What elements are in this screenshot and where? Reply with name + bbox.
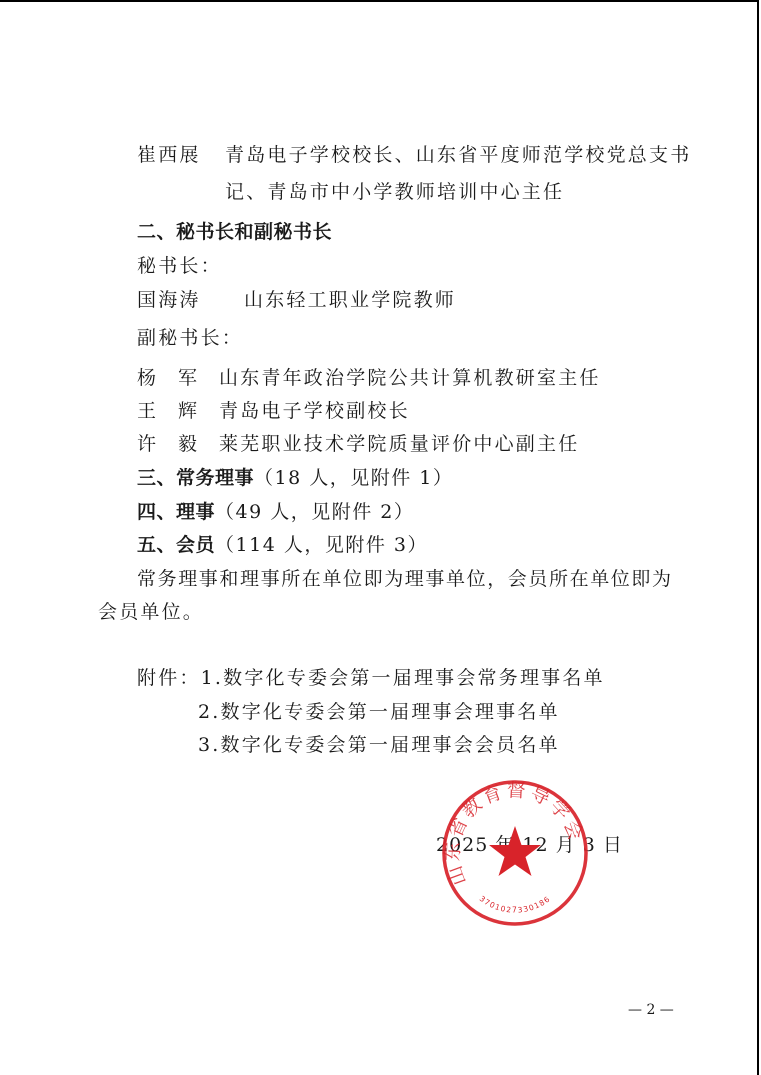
- section-note: （49 人，见附件 2）: [215, 501, 414, 523]
- section-heading-text: 三、常务理事: [137, 467, 254, 489]
- secretary-general-entry: 国海涛山东轻工职业学院教师: [137, 288, 456, 312]
- section-heading-text: 五、会员: [137, 534, 215, 556]
- deputy-secretary-label: 副秘书长：: [137, 326, 243, 350]
- deputy-entry: 杨军山东青年政治学院公共计算机教研室主任: [137, 366, 601, 390]
- member-name-part: 许: [137, 432, 178, 456]
- seal-serial: 3701027330186: [478, 894, 552, 915]
- member-title: 莱芜职业技术学院质量评价中心副主任: [219, 433, 579, 455]
- member-name-part: 王: [137, 399, 178, 423]
- section-heading-text: 四、理事: [137, 501, 215, 523]
- member-title: 青岛电子学校校长、山东省平度师范学校党总支书: [225, 144, 691, 166]
- member-name-part: 辉: [178, 399, 219, 423]
- member-name-part: 毅: [178, 432, 219, 456]
- page-number: — 2 —: [628, 1000, 674, 1020]
- member-name: 国海涛: [137, 288, 244, 312]
- member-title: 山东轻工职业学院教师: [244, 289, 456, 311]
- deputy-entry: 王辉青岛电子学校副校长: [137, 399, 410, 423]
- attachment-line: 附件：1.数字化专委会第一届理事会常务理事名单: [137, 666, 605, 690]
- body-paragraph-line: 常务理事和理事所在单位即为理事单位，会员所在单位即为: [137, 567, 673, 591]
- attachment-item: 2.数字化专委会第一届理事会理事名单: [198, 700, 560, 724]
- section-heading: 二、秘书长和副秘书长: [137, 220, 332, 244]
- document-page: 崔西展青岛电子学校校长、山东省平度师范学校党总支书 记、青岛市中小学教师培训中心…: [0, 0, 759, 1075]
- section-heading-standing-directors: 三、常务理事（18 人，见附件 1）: [137, 466, 453, 490]
- member-title-continued: 记、青岛市中小学教师培训中心主任: [225, 180, 564, 204]
- deputy-entry: 许毅莱芜职业技术学院质量评价中心副主任: [137, 432, 579, 456]
- member-title: 青岛电子学校副校长: [219, 400, 410, 422]
- attachment-item: 1.数字化专委会第一届理事会常务理事名单: [201, 667, 605, 689]
- member-entry: 崔西展青岛电子学校校长、山东省平度师范学校党总支书: [137, 143, 691, 167]
- section-heading-members: 五、会员（114 人，见附件 3）: [137, 533, 428, 557]
- body-paragraph-line: 会员单位。: [98, 600, 204, 624]
- member-name-part: 杨: [137, 366, 178, 390]
- member-title: 山东青年政治学院公共计算机教研室主任: [219, 367, 601, 389]
- svg-text:3701027330186: 3701027330186: [478, 894, 552, 915]
- section-heading-directors: 四、理事（49 人，见附件 2）: [137, 500, 414, 524]
- attachment-item: 3.数字化专委会第一届理事会会员名单: [198, 733, 560, 757]
- section-note: （114 人，见附件 3）: [215, 534, 428, 556]
- official-seal-icon: 山东省教育督导学会 3701027330186: [440, 778, 590, 928]
- secretary-general-label: 秘书长：: [137, 254, 222, 278]
- attachments-label: 附件：: [137, 667, 201, 689]
- member-name: 崔西展: [137, 143, 225, 167]
- section-note: （18 人，见附件 1）: [254, 467, 453, 489]
- member-name-part: 军: [178, 366, 219, 390]
